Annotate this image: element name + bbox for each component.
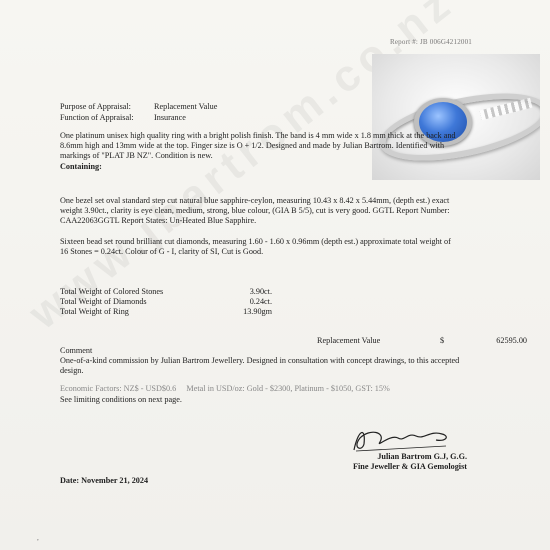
totals-row: Total Weight of Diamonds 0.24ct. (60, 297, 272, 307)
totals-table: Total Weight of Colored Stones 3.90ct. T… (60, 287, 272, 318)
totals-value: 0.24ct. (230, 297, 272, 307)
comment-heading: Comment (60, 346, 460, 356)
comment-text: One-of-a-kind commission by Julian Bartr… (60, 356, 480, 376)
purpose-value: Replacement Value (154, 102, 217, 111)
economic-factors: Economic Factors: NZ$ - USD$0.6 Metal in… (60, 384, 520, 394)
ring-description: One platinum unisex high quality ring wi… (60, 131, 460, 162)
corner-mark: , (37, 534, 39, 542)
report-number: Report #: JB 006G4212001 (390, 38, 472, 46)
totals-label: Total Weight of Ring (60, 307, 230, 317)
totals-value: 13.90gm (230, 307, 272, 317)
appraisal-document: www.jbartrom.co.nz Report #: JB 006G4212… (0, 0, 550, 550)
function-value: Insurance (154, 113, 186, 122)
signatory-name: Julian Bartrom G.J, G.G. (353, 452, 467, 462)
replacement-currency: $ (440, 336, 470, 345)
totals-value: 3.90ct. (230, 287, 272, 297)
totals-row: Total Weight of Ring 13.90gm (60, 307, 272, 317)
replacement-value-row: Replacement Value $ 62595.00 (317, 336, 527, 345)
replacement-amount: 62595.00 (470, 336, 527, 345)
appraisal-date: Date: November 21, 2024 (60, 476, 148, 485)
limiting-conditions: See limiting conditions on next page. (60, 395, 460, 405)
purpose-row: Purpose of Appraisal: Replacement Value (60, 102, 217, 111)
totals-label: Total Weight of Colored Stones (60, 287, 230, 297)
function-row: Function of Appraisal: Insurance (60, 113, 186, 122)
signature-icon (346, 424, 456, 454)
function-label: Function of Appraisal: (60, 113, 152, 122)
signatory-title: Fine Jeweller & GIA Gemologist (353, 462, 467, 472)
replacement-label: Replacement Value (317, 336, 440, 345)
totals-row: Total Weight of Colored Stones 3.90ct. (60, 287, 272, 297)
containing-label: Containing: (60, 162, 460, 172)
signatory: Julian Bartrom G.J, G.G. Fine Jeweller &… (353, 452, 467, 472)
purpose-label: Purpose of Appraisal: (60, 102, 152, 111)
totals-label: Total Weight of Diamonds (60, 297, 230, 307)
diamonds-description: Sixteen bead set round brilliant cut dia… (60, 237, 460, 257)
sapphire-description: One bezel set oval standard step cut nat… (60, 196, 460, 227)
